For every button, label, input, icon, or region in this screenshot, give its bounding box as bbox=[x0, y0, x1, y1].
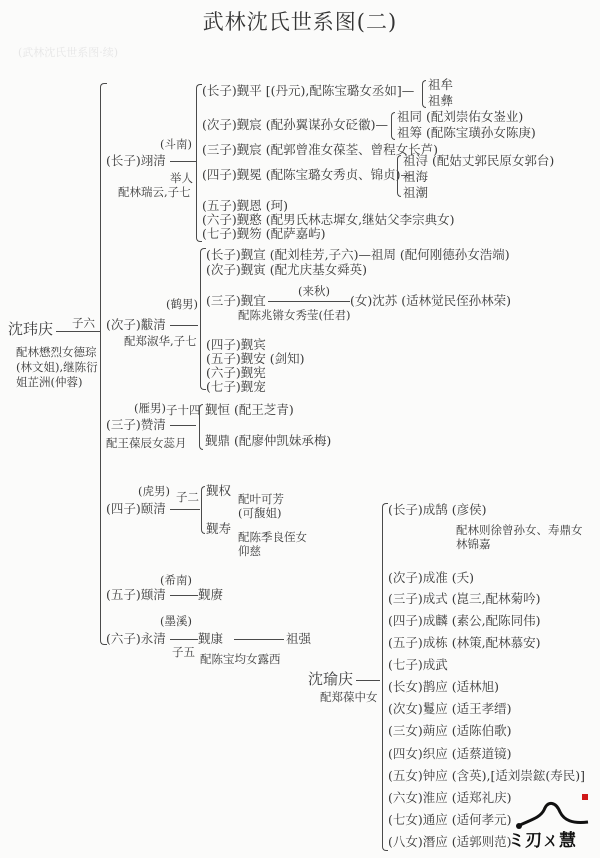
connector bbox=[170, 425, 196, 426]
spouse-note: 配陈季良侄女 bbox=[238, 530, 307, 544]
watermark-signature: ミ刃ㄨ慧 bbox=[500, 790, 600, 858]
child-note: 林锦嘉 bbox=[456, 537, 491, 551]
son-label: (四子)颐清 bbox=[106, 502, 166, 516]
courtesy-name: (来秋) bbox=[298, 284, 330, 298]
child: (五女)钟应 (含英),[适刘崇鋐(寿民)] bbox=[388, 769, 585, 783]
great-grandson: 祖彝 bbox=[428, 94, 453, 108]
bracket bbox=[397, 155, 401, 197]
child: (七女)通应 (适何孝元) bbox=[388, 813, 511, 827]
son-count: 子十四 bbox=[166, 403, 201, 417]
child: (四女)织应 (适蔡道镜) bbox=[388, 747, 511, 761]
spouse-note: 配叶可芳 bbox=[238, 492, 284, 506]
child: (次子)成准 (夭) bbox=[388, 571, 474, 585]
grandson: 觐权 bbox=[206, 484, 231, 498]
connector bbox=[56, 331, 100, 332]
root-spouse-line: 配林懋烈女德琮 bbox=[16, 345, 97, 359]
child: (长子)成鹄 (彦侯) bbox=[388, 503, 486, 517]
great-grandson: 祖浔 (配姑丈郭民原女郭台) bbox=[403, 154, 554, 168]
child: (次女)鬘应 (适王孝缙) bbox=[388, 702, 511, 716]
grandson: (次子)觐宸 (配孙翼谋孙女砭徽)— bbox=[202, 118, 388, 132]
courtesy-name: (希南) bbox=[160, 573, 192, 587]
son-note: 配王葆辰女蕊月 bbox=[106, 436, 187, 450]
grandson: (四子)觐宾 bbox=[206, 338, 266, 352]
root-spouse-line: (林文姐),继陈衍 bbox=[16, 360, 98, 374]
bleed-through-text: (武林沈氏世系图·续) bbox=[18, 44, 118, 60]
grandson: (次子)觐寅 (配尤庆基女舜英) bbox=[206, 263, 367, 277]
son-label: (长子)翊清 bbox=[106, 154, 166, 168]
child-note: 配林则徐曾孙女、寿鼎女 bbox=[456, 523, 583, 537]
grandson: (长子)觐宣 (配刘桂芳,子六)—祖周 (配何刚德孙女浩端) bbox=[206, 248, 510, 262]
child: (三子)成式 (崑三,配林菊吟) bbox=[388, 592, 540, 606]
great-grandson: 祖海 bbox=[403, 170, 428, 184]
courtesy-name: (鹤男) bbox=[166, 297, 198, 311]
connector bbox=[170, 509, 200, 510]
root-son-count: 子六 bbox=[72, 316, 95, 330]
great-grandson: 祖强 bbox=[286, 632, 311, 646]
yuqing-name: 沈瑜庆 bbox=[308, 672, 353, 686]
connector bbox=[268, 301, 350, 302]
son-note: 举人 bbox=[170, 171, 193, 185]
yuqing-spouse: 配郑葆中女 bbox=[320, 690, 378, 704]
child: (八女)潛应 (适郭则范) bbox=[388, 835, 511, 849]
son-note: 配郑淑华,子七 bbox=[124, 334, 197, 348]
courtesy-name: (虎男) bbox=[138, 484, 170, 498]
grandson: (五子)觐恩 (珂) bbox=[202, 199, 288, 213]
children-bracket bbox=[199, 404, 203, 450]
grandson: 觐康 bbox=[198, 632, 223, 646]
grandson: (六子)觐宪 bbox=[206, 366, 266, 380]
grandson: (五子)觐安 (剑知) bbox=[206, 352, 304, 366]
child: (长女)鹊应 (适林旭) bbox=[388, 680, 499, 694]
connector bbox=[170, 325, 198, 326]
grandson: (六子)觐憨 (配男氏林志墀女,继姑父李宗典女) bbox=[202, 213, 454, 227]
son-count: 子五 bbox=[172, 645, 195, 659]
watermark-text: ミ刃ㄨ慧 bbox=[508, 834, 576, 848]
children-bracket bbox=[201, 486, 205, 534]
grandson: (三子)觐宜 bbox=[206, 294, 266, 308]
courtesy-name: (雁男) bbox=[134, 401, 166, 415]
grandson: 觐鼎 (配廖仲凯妹承梅) bbox=[205, 434, 331, 448]
child: (三女)蒴应 (适陈伯歌) bbox=[388, 724, 511, 738]
great-grandson: 祖潮 bbox=[403, 186, 428, 200]
son-note: 配林瑞云,子七 bbox=[118, 185, 191, 199]
grandson: 觐恒 (配王芝青) bbox=[205, 403, 294, 417]
grandson: (四子)觐冕 (配陈宝璐女秀贞、锦贞)— bbox=[202, 168, 413, 182]
grandson: (长子)觐平 [(丹元),配陈宝璐女丞如]— bbox=[202, 84, 414, 98]
great-grandson: 祖牟 bbox=[428, 78, 453, 92]
red-seal-icon bbox=[582, 794, 588, 800]
child: (七子)成武 bbox=[388, 658, 448, 672]
spouse-note: 仰慈 bbox=[238, 544, 261, 558]
connector bbox=[356, 680, 380, 681]
child: (五子)成栋 (林策,配林慕安) bbox=[388, 636, 540, 650]
son-label: (六子)永清 bbox=[106, 632, 166, 646]
root-spouse-line: 姐芷洲(仲蓉) bbox=[16, 375, 82, 389]
son-label: (三子)赞清 bbox=[106, 418, 166, 432]
son-count: 子二 bbox=[176, 490, 199, 504]
connector bbox=[234, 639, 284, 640]
grandson: 觐寿 bbox=[206, 522, 231, 536]
grandson: (七子)觐笏 (配萨嘉屿) bbox=[202, 227, 325, 241]
courtesy-name: (斗南) bbox=[160, 137, 192, 151]
great-grandson: 祖筹 (配陈宝璜孙女陈庚) bbox=[397, 126, 536, 140]
grandson: 觐赓 bbox=[198, 588, 223, 602]
great-grandson: 祖同 (配刘崇佑女崟业) bbox=[397, 110, 523, 124]
connector bbox=[170, 639, 198, 640]
spouse-note: 配陈兆锵女秀莹(任君) bbox=[238, 308, 350, 322]
connector bbox=[170, 595, 198, 596]
spouse-note: 配陈宝均女露西 bbox=[200, 652, 281, 666]
daughter: (女)沈苏 (适林觉民侄孙林荣) bbox=[350, 294, 511, 308]
root-name: 沈玮庆 bbox=[8, 322, 53, 336]
connector bbox=[170, 161, 196, 162]
bracket bbox=[391, 112, 395, 140]
spouse-note: (可馥姐) bbox=[238, 506, 281, 520]
bracket bbox=[422, 80, 426, 108]
son-label: (次子)黻清 bbox=[106, 318, 166, 332]
child: (六女)淮应 (适郑礼庆) bbox=[388, 791, 511, 805]
courtesy-name: (墨溪) bbox=[160, 614, 192, 628]
son-label: (五子)颋清 bbox=[106, 588, 166, 602]
grandson: (七子)觐宠 bbox=[206, 380, 266, 394]
chart-title: 武林沈氏世系图(二) bbox=[0, 6, 600, 36]
child: (四子)成麟 (素公,配陈同伟) bbox=[388, 614, 540, 628]
